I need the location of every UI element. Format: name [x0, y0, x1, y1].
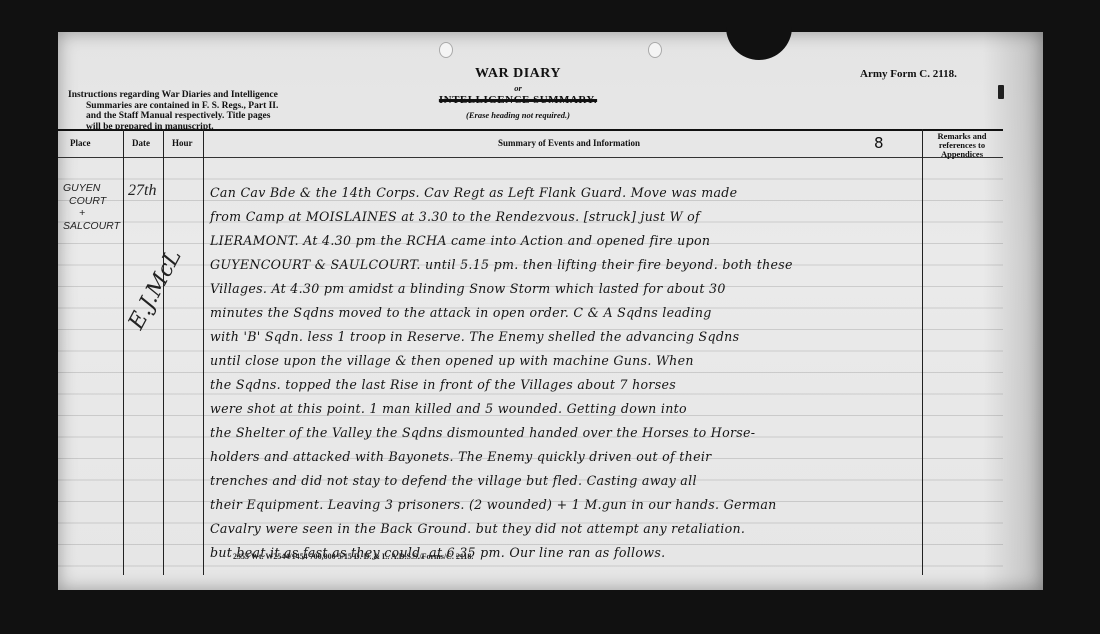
- entry-line: holders and attacked with Bayonets. The …: [210, 445, 920, 469]
- punch-hole: [439, 42, 453, 58]
- struck-heading: INTELLIGENCE SUMMARY.: [398, 94, 638, 106]
- entry-line: Can Cav Bde & the 14th Corps. Cav Regt a…: [210, 181, 920, 205]
- entry-line: Cavalry were seen in the Back Ground. bu…: [210, 517, 920, 541]
- page-notch: [726, 22, 792, 60]
- form-title: WAR DIARY: [398, 66, 638, 82]
- form-or: or: [398, 83, 638, 93]
- column-header-date: Date: [132, 138, 150, 148]
- entry-line: minutes the Sqdns moved to the attack in…: [210, 301, 920, 325]
- entry-line: Villages. At 4.30 pm amidst a blinding S…: [210, 277, 920, 301]
- header-rule-bottom: [58, 157, 1003, 158]
- form-instructions: Instructions regarding War Diaries and I…: [68, 90, 313, 132]
- form-title-block: WAR DIARY or INTELLIGENCE SUMMARY. (Eras…: [398, 66, 638, 120]
- column-divider: [922, 129, 923, 575]
- column-divider: [203, 129, 204, 575]
- entry-line: the Shelter of the Valley the Sqdns dism…: [210, 421, 920, 445]
- column-divider: [123, 129, 124, 575]
- entry-line: GUYENCOURT & SAULCOURT. until 5.15 pm. t…: [210, 253, 920, 277]
- entry-date: 27th: [128, 182, 156, 200]
- column-header-place: Place: [70, 138, 91, 148]
- entry-line: the Sqdns. topped the last Rise in front…: [210, 373, 920, 397]
- entry-summary-text: Can Cav Bde & the 14th Corps. Cav Regt a…: [210, 181, 920, 565]
- entry-line: with 'B' Sqdn. less 1 troop in Reserve. …: [210, 325, 920, 349]
- entry-line: their Equipment. Leaving 3 prisoners. (2…: [210, 493, 920, 517]
- punch-hole: [648, 42, 662, 58]
- entry-line: LIERAMONT. At 4.30 pm the RCHA came into…: [210, 229, 920, 253]
- column-header-summary: Summary of Events and Information: [498, 138, 640, 148]
- column-header-hour: Hour: [172, 138, 193, 148]
- entry-line: trenches and did not stay to defend the …: [210, 469, 920, 493]
- entry-line: until close upon the village & then open…: [210, 349, 920, 373]
- column-divider: [163, 129, 164, 575]
- army-form-number: Army Form C. 2118.: [860, 68, 957, 80]
- column-header-remarks: Remarks and references to Appendices: [926, 132, 998, 159]
- entry-line: were shot at this point. 1 man killed an…: [210, 397, 920, 421]
- form-print-footer: 2353 Wt. W2544/1454 700,000 5/15 D. D. &…: [233, 552, 473, 561]
- header-rule: [58, 129, 1003, 131]
- page-number: 8: [874, 134, 884, 152]
- erase-note: (Erase heading not required.): [398, 110, 638, 120]
- entry-line: from Camp at MOISLAINES at 3.30 to the R…: [210, 205, 920, 229]
- binder-clip: [998, 85, 1004, 99]
- entry-place: GUYEN COURT + SALCOURT: [63, 182, 120, 232]
- war-diary-page: Instructions regarding War Diaries and I…: [58, 32, 1043, 590]
